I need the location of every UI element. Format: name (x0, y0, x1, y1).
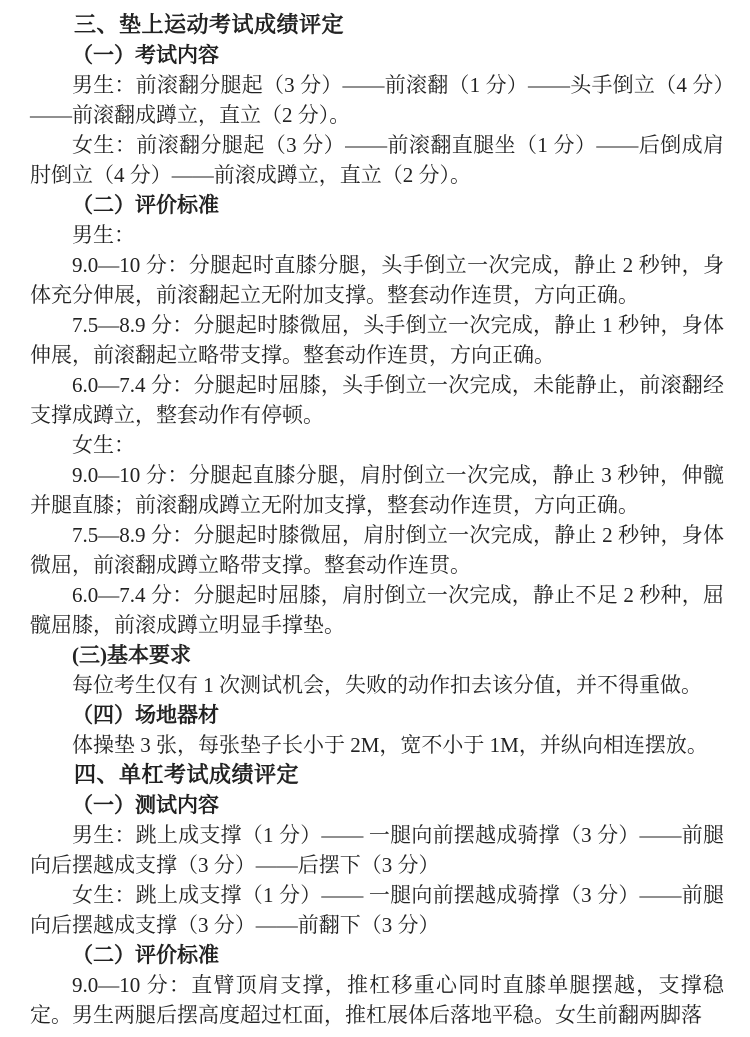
para-venue-equipment: 体操垫 3 张，每张垫子长小于 2M，宽不小于 1M，并纵向相连摆放。 (30, 730, 724, 760)
subheading-venue-equipment: （四）场地器材 (30, 700, 724, 730)
para-boys-score-9-10: 9.0—10 分：分腿起时直膝分腿，头手倒立一次完成，静止 2 秒钟，身体充分伸… (30, 250, 724, 310)
subheading-exam-content: （一）考试内容 (30, 40, 724, 70)
para-boys-mat-sequence: 男生：前滚翻分腿起（3 分）——前滚翻（1 分）——头手倒立（4 分）——前滚翻… (30, 70, 724, 130)
para-boys-label: 男生： (30, 220, 724, 250)
para-girls-score-9-10: 9.0—10 分：分腿起直膝分腿，肩肘倒立一次完成，静止 3 秒钟，伸髋并腿直膝… (30, 460, 724, 520)
section-heading-mat-exercise: 三、垫上运动考试成绩评定 (30, 10, 724, 40)
para-girls-score-6-7.4: 6.0—7.4 分：分腿起时屈膝，肩肘倒立一次完成，静止不足 2 秒种，屈髋屈膝… (30, 580, 724, 640)
para-girls-mat-sequence: 女生：前滚翻分腿起（3 分）——前滚翻直腿坐（1 分）——后倒成肩肘倒立（4 分… (30, 130, 724, 190)
para-boys-bar-sequence: 男生：跳上成支撑（1 分）—— 一腿向前摆越成骑撑（3 分）——前腿向后摆越成支… (30, 820, 724, 880)
para-girls-label: 女生： (30, 430, 724, 460)
para-bar-score-9-10: 9.0—10 分：直臂顶肩支撑，推杠移重心同时直膝单腿摆越，支撑稳定。男生两腿后… (30, 970, 724, 1030)
section-heading-horizontal-bar: 四、单杠考试成绩评定 (30, 760, 724, 790)
subheading-test-content: （一）测试内容 (30, 790, 724, 820)
document-page: 三、垫上运动考试成绩评定 （一）考试内容 男生：前滚翻分腿起（3 分）——前滚翻… (0, 0, 750, 1037)
para-girls-bar-sequence: 女生：跳上成支撑（1 分）—— 一腿向前摆越成骑撑（3 分）——前腿向后摆越成支… (30, 880, 724, 940)
para-basic-requirements: 每位考生仅有 1 次测试机会，失败的动作扣去该分值，并不得重做。 (30, 670, 724, 700)
subheading-basic-requirements: (三)基本要求 (30, 640, 724, 670)
subheading-bar-evaluation-standard: （二）评价标准 (30, 940, 724, 970)
subheading-evaluation-standard: （二）评价标准 (30, 190, 724, 220)
para-boys-score-6-7.4: 6.0—7.4 分：分腿起时屈膝，头手倒立一次完成，未能静止，前滚翻经支撑成蹲立… (30, 370, 724, 430)
para-boys-score-7.5-8.9: 7.5—8.9 分：分腿起时膝微屈，头手倒立一次完成，静止 1 秒钟，身体伸展，… (30, 310, 724, 370)
para-girls-score-7.5-8.9: 7.5—8.9 分：分腿起时膝微屈，肩肘倒立一次完成，静止 2 秒钟，身体微屈，… (30, 520, 724, 580)
